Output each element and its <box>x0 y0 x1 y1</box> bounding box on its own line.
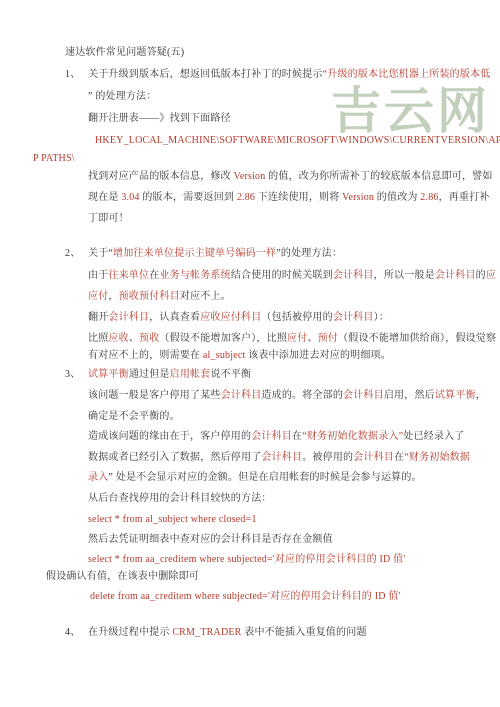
body-text: 翻开 <box>88 312 108 323</box>
highlighted-text: 应收 <box>108 333 128 344</box>
highlighted-text: 会计科目 <box>353 452 394 463</box>
body-text: 说不平衡 <box>210 369 251 380</box>
body-text: 关于“ <box>88 248 113 259</box>
highlighted-text: Version <box>234 171 266 182</box>
highlighted-text: 会计科目 <box>333 270 374 281</box>
text-line: 关于“增加往来单位提示主键单号编码一样”的处理方法： <box>88 247 342 261</box>
highlighted-text: 录入 <box>88 472 108 483</box>
body-text: 的 <box>476 270 486 281</box>
highlighted-text: 业务与帐务系统 <box>159 270 230 281</box>
body-text: 1、 <box>65 69 80 80</box>
body-text: 现在是 <box>88 192 121 203</box>
text-line: 然后去凭证明细表中查对应的会计科目是否存在金额值 <box>88 533 333 547</box>
text-line: 丁即可！ <box>88 212 129 226</box>
body-text: 2、 <box>65 248 80 259</box>
sql-statement: select * from aa_creditem where subjecte… <box>88 553 405 567</box>
highlighted-text: 会计科目 <box>343 390 384 401</box>
text-line: 该问题一般是客户停用了某些会计科目造成的。将全部的会计科目启用，然后试算平衡， <box>88 389 486 403</box>
body-text: 确定是不会平衡的。 <box>88 411 180 422</box>
item-number-2: 2、 <box>65 247 80 261</box>
text-line: 翻开会计科目，认真查看应收应付科目（包括被停用的会计科目）： <box>88 311 389 325</box>
highlighted-text: 启用帐套 <box>170 369 211 380</box>
body-text: 找到对应产品的版本信息，修改 <box>88 171 234 182</box>
highlighted-text: HKEY_LOCAL_MACHINE\SOFTWARE\MICROSOFT\WI… <box>95 135 500 146</box>
highlighted-text: 试算平衡 <box>88 369 129 380</box>
highlighted-text: 预收 <box>139 333 159 344</box>
highlighted-text: “财务初始数据 <box>404 452 470 463</box>
highlighted-text: al_subject <box>203 350 246 361</box>
body-text: （假设不能增加供给商），假设觉察 <box>338 333 496 344</box>
highlighted-text: 应付 <box>88 291 108 302</box>
highlighted-text: 往来单位 <box>108 270 149 281</box>
text-line: 找到对应产品的版本信息，修改 Version 的值，改为你所需补丁的较底版本信息… <box>88 170 493 184</box>
item-number-4: 4、 <box>65 626 80 640</box>
body-text: 4、 <box>65 627 80 638</box>
highlighted-text: 2.86 <box>237 192 255 203</box>
highlighted-text: select * from aa_creditem where subjecte… <box>88 554 405 565</box>
body-text: 该问题一般是客户停用了某些 <box>88 390 221 401</box>
body-text: 然后去凭证明细表中查对应的会计科目是否存在金额值 <box>88 534 333 545</box>
body-text: 下连续使用，则将 <box>255 192 342 203</box>
body-text: 结合使用的时候关联到 <box>231 270 333 281</box>
highlighted-text: 会计科目 <box>333 312 374 323</box>
body-text: ” 的处理方法： <box>88 91 157 102</box>
body-text: 从后台查找停用的会计科目较快的方法： <box>88 493 272 504</box>
highlighted-text: CRM_TRADER <box>172 627 241 638</box>
body-text: 的值，改为你所需补丁的较底版本信息即可，譬如 <box>265 171 492 182</box>
body-text: 比照 <box>88 333 108 344</box>
highlighted-text: 会计科目 <box>435 270 476 281</box>
highlighted-text: 应收应付科目 <box>200 312 261 323</box>
body-text: 翻开注册表——》找到下面路径 <box>88 113 231 124</box>
body-text: ， <box>476 390 486 401</box>
highlighted-text: 预收预付科目 <box>119 291 180 302</box>
body-text: 、 <box>307 333 317 344</box>
document-body: 速达软件常见问题答疑(五)1、关于升级到版本后，想返回低版本打补丁的时候提示“升… <box>0 0 500 707</box>
highlighted-text: 会计科目 <box>108 312 149 323</box>
body-text: ”的处理方法： <box>276 248 342 259</box>
text-line: 假设确认有值，在该表中删除即可 <box>46 570 199 584</box>
highlighted-text: 会计科目 <box>251 431 292 442</box>
body-text: 。被停用的 <box>302 452 353 463</box>
body-text: 由于 <box>88 270 108 281</box>
body-text: ” 处是不会显示对应的金额。但是在启用帐套的时候是会参与运算的。 <box>108 472 421 483</box>
body-text: 在 <box>149 270 159 281</box>
text-line: 翻开注册表——》找到下面路径 <box>88 112 231 126</box>
body-text: 速达软件常见问题答疑(五) <box>65 47 184 58</box>
item-number-1: 1、 <box>65 68 80 82</box>
body-text: 丁即可！ <box>88 213 129 224</box>
text-line: 试算平衡通过但是启用帐套说不平衡 <box>88 368 251 382</box>
body-text: （包括被停用的 <box>261 312 332 323</box>
highlighted-text: Version <box>342 192 374 203</box>
text-line: 比照应收、预收（假设不能增加客户），比照应付、预付（假设不能增加供给商），假设觉… <box>88 332 496 346</box>
body-text: 的值改为 <box>374 192 420 203</box>
text-line: 确定是不会平衡的。 <box>88 410 180 424</box>
text-line: 在升级过程中提示 CRM_TRADER 表中不能插入重复值的问题 <box>88 626 367 640</box>
text-line: 造成该问题的缘由在于，客户停用的会计科目在“财务初始化数据录入”处已经录入了 <box>88 430 465 444</box>
body-text: 该表中添加进去对应的明细项。 <box>245 350 391 361</box>
body-text: 在 <box>394 452 404 463</box>
highlighted-text: 应 收 <box>486 270 500 281</box>
highlighted-text: 会计科目 <box>221 390 262 401</box>
text-line: 关于升级到版本后，想返回低版本打补丁的时候提示“升级的版本比您机器上所装的版本低 <box>88 68 490 82</box>
text-line: ” 的处理方法： <box>88 90 157 104</box>
highlighted-text: 会计科目 <box>261 452 302 463</box>
registry-path: HKEY_LOCAL_MACHINE\SOFTWARE\MICROSOFT\WI… <box>95 134 500 148</box>
document-page: 吉云网 速达软件常见问题答疑(五)1、关于升级到版本后，想返回低版本打补丁的时候… <box>0 0 500 707</box>
text-line: 由于往来单位在业务与帐务系统结合使用的时候关联到会计科目，所以一般是会计科目的应… <box>88 269 500 283</box>
body-text: 启用，然后 <box>384 390 435 401</box>
body-text: 对应不上。 <box>180 291 231 302</box>
text-line: 应付，预收预付科目对应不上。 <box>88 290 231 304</box>
body-text: 、 <box>129 333 139 344</box>
body-text: 在 <box>292 431 302 442</box>
item-number-3: 3、 <box>65 368 80 382</box>
sql-statement: select * from al_subject where closed=1 <box>88 513 257 527</box>
document-title: 速达软件常见问题答疑(五) <box>65 46 184 60</box>
text-line: 录入” 处是不会显示对应的金额。但是在启用帐套的时候是会参与运算的。 <box>88 471 422 485</box>
body-text: 关于升级到版本后，想返回低版本打补丁的时候提示 <box>88 69 323 80</box>
body-text: （假设不能增加客户），比照 <box>159 333 287 344</box>
body-text: 造成该问题的缘由在于，客户停用的 <box>88 431 251 442</box>
body-text: 假设确认有值，在该表中删除即可 <box>46 571 199 582</box>
sql-statement: delete from aa_creditem where subjected=… <box>90 590 401 604</box>
body-text: ， <box>108 291 118 302</box>
highlighted-text: 应付 <box>287 333 307 344</box>
body-text: 3、 <box>65 369 80 380</box>
body-text: 在升级过程中提示 <box>88 627 172 638</box>
body-text: 表中不能插入重复值的问题 <box>242 627 367 638</box>
body-text: 数据或者已经引入了数据，然后停用了 <box>88 452 261 463</box>
body-text: ，所以一般是 <box>374 270 435 281</box>
highlighted-text: “财务初始化数据录入” <box>302 431 403 442</box>
highlighted-text: 增加往来单位提示主键单号编码一样 <box>113 248 276 259</box>
text-line: 现在是 3.04 的版本，需要返回到 2.86 下连续使用，则将 Version… <box>88 191 490 205</box>
body-text: 处已经录入了 <box>403 431 464 442</box>
text-line: 从后台查找停用的会计科目较快的方法： <box>88 492 272 506</box>
text-line: 数据或者已经引入了数据，然后停用了会计科目。被停用的会计科目在“财务初始数据 <box>88 451 470 465</box>
body-text: 通过但是 <box>129 369 170 380</box>
highlighted-text: P PATHS\ <box>33 153 75 164</box>
registry-path: P PATHS\ <box>33 152 75 166</box>
highlighted-text: 试算平衡 <box>435 390 476 401</box>
body-text: 造成的。将全部的 <box>261 390 343 401</box>
text-line: 有对应不上的，则需要在 al_subject 该表中添加进去对应的明细项。 <box>88 349 391 363</box>
body-text: ，认真查看 <box>149 312 200 323</box>
body-text: ）： <box>374 312 389 323</box>
highlighted-text: delete from aa_creditem where subjected=… <box>90 591 401 602</box>
highlighted-text: select * from al_subject where closed=1 <box>88 514 257 525</box>
highlighted-text: 2.86 <box>420 192 438 203</box>
body-text: 的版本，需要返回到 <box>140 192 237 203</box>
highlighted-text: 3.04 <box>121 192 139 203</box>
highlighted-text: 预付 <box>318 333 338 344</box>
body-text: ，再重打补 <box>439 192 490 203</box>
body-text: 有对应不上的，则需要在 <box>88 350 203 361</box>
highlighted-text: “升级的版本比您机器上所装的版本低 <box>323 69 491 80</box>
